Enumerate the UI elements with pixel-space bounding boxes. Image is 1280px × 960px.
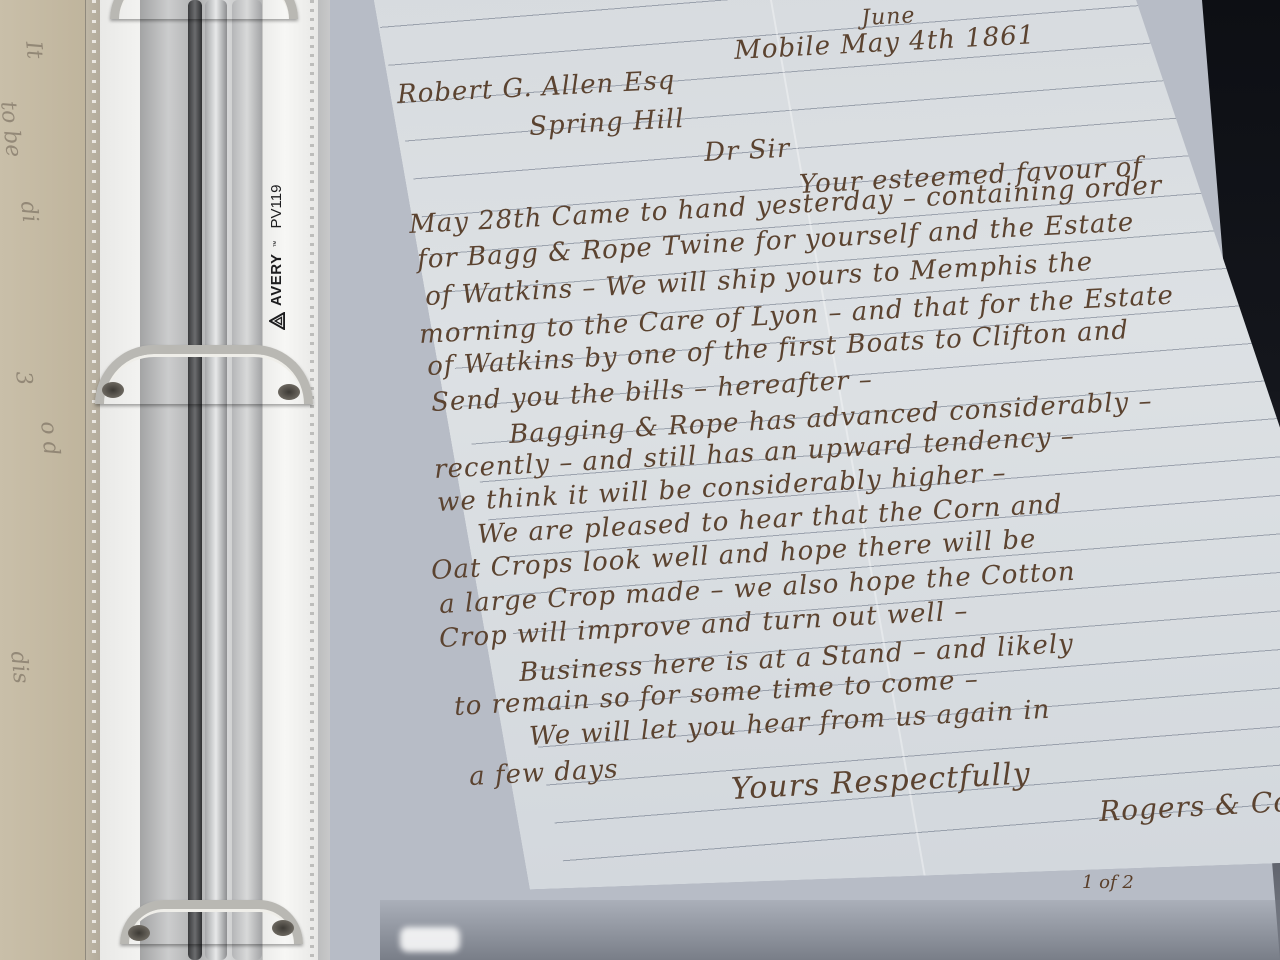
previous-page-text: to be [0, 100, 26, 158]
ring-hole [102, 382, 124, 398]
previous-page-text: dis [5, 650, 33, 685]
ring-hole [278, 384, 300, 400]
letter-salutation: Dr Sir [703, 134, 791, 168]
avery-brand-text: AVERY [268, 253, 285, 306]
trademark-symbol: ™ [273, 240, 280, 247]
ring-hole [128, 925, 150, 941]
sleeve-glare [380, 900, 1280, 960]
binder-rod [205, 0, 227, 960]
page-mark: 1 of 2 [1082, 872, 1134, 893]
binder-ring-top[interactable] [110, 0, 298, 19]
glare-highlight [400, 927, 460, 952]
binder-rod [188, 0, 202, 960]
avery-model-number: PV119 [268, 185, 285, 229]
previous-page-text: 3 [10, 370, 36, 387]
ring-hole [272, 920, 294, 936]
avery-label: AVERY™ PV119 [268, 185, 285, 330]
sleeve-label-strip [262, 0, 318, 960]
sleeve-perforation [92, 0, 96, 960]
photo-scene: It to be di 3 o d dis AVERY™ PV119 June … [0, 0, 1280, 960]
previous-page-text: o d [35, 420, 63, 457]
binder-rod [232, 0, 262, 960]
previous-page-text: It [20, 40, 47, 60]
label-strip-perforation [310, 0, 314, 960]
avery-logo-icon [269, 312, 285, 330]
previous-page-text: di [15, 200, 42, 224]
